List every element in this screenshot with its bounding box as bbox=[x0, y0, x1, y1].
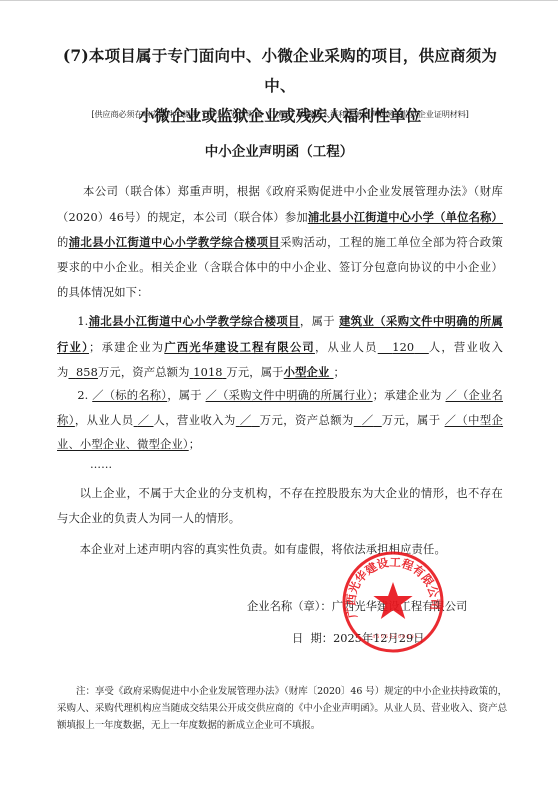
label-text: ，从业人员 bbox=[75, 414, 134, 427]
item1-assets: 1018 bbox=[190, 366, 227, 379]
label-text: ，从业人员 bbox=[315, 341, 378, 354]
date-value: 2025年12月29日 bbox=[333, 632, 424, 645]
label-text: 人，营业收入为 bbox=[154, 414, 236, 427]
footnote: 注：享受《政府采购促进中小企业发展管理办法》（财库〔2020〕46 号）规定的中… bbox=[57, 683, 507, 734]
page-top-border bbox=[0, 0, 558, 1]
label-text: 万元，属于 bbox=[226, 366, 283, 379]
staff-value: 120 bbox=[392, 341, 414, 354]
item2-revenue: ／ bbox=[236, 414, 260, 427]
assets-value: ／ bbox=[362, 414, 374, 427]
requirement-note: [供应商必须在响应文件中提供《中小企业声明函（工程）》或残疾人福利性单位声明函或… bbox=[40, 108, 520, 120]
responsibility-statement: 本企业对上述声明内容的真实性负责。如有虚假，将依法承担相应责任。 bbox=[57, 538, 503, 563]
item2-staff: ／ bbox=[134, 414, 154, 427]
label-text: ；承建企业为 bbox=[89, 341, 164, 354]
revenue-value: ／ bbox=[240, 414, 252, 427]
intro-text: 的 bbox=[57, 236, 69, 249]
label-text: ；承建企业为 bbox=[373, 389, 442, 402]
label-text: 万元，资产总额为 bbox=[98, 366, 190, 379]
heading-line-1: (7)本项目属于专门面向中、小微企业采购的项目，供应商须为中、 bbox=[60, 41, 500, 101]
label-text: ，属于 bbox=[167, 389, 202, 402]
item1-size-type: 小型企业 bbox=[284, 365, 334, 379]
company-label: 企业名称（章）： bbox=[247, 600, 332, 613]
label-text: ，属于 bbox=[300, 315, 335, 328]
footnote-text: 注：享受《政府采购促进中小企业发展管理办法》（财库〔2020〕46 号）规定的中… bbox=[57, 686, 507, 731]
size-type-value: 小型企业 bbox=[284, 365, 330, 379]
document-title: 中小企业声明函（工程） bbox=[0, 143, 558, 161]
staff-value: ／ bbox=[138, 414, 150, 427]
enterprise-item-1: 1.浦北县小江街道中心小学教学综合楼项目，属于 建筑业（采购文件中明确的所属行业… bbox=[57, 309, 503, 386]
item2-industry: ／（采购文件中明确的所属行业） bbox=[206, 389, 373, 402]
punctuation: ； bbox=[189, 438, 200, 451]
assets-value: 1018 bbox=[193, 366, 222, 379]
label-text: 万元，属于 bbox=[382, 414, 441, 427]
item1-revenue: 858 bbox=[68, 366, 98, 379]
date-label: 日 期： bbox=[292, 632, 333, 645]
signature-date: 日 期：2025年12月29日 bbox=[292, 630, 424, 648]
item-number: 1. bbox=[77, 315, 88, 328]
project-name: 浦北县小江街道中心小学教学综合楼项目 bbox=[69, 235, 280, 249]
ellipsis: …… bbox=[90, 455, 536, 475]
signature-company: 企业名称（章）：广西光华建设工程有限公司 bbox=[247, 598, 467, 616]
punctuation: ； bbox=[334, 366, 345, 379]
item1-company: 广西光华建设工程有限公司 bbox=[164, 340, 315, 354]
company-name: 广西光华建设工程有限公司 bbox=[332, 600, 468, 613]
revenue-value: 858 bbox=[76, 366, 98, 379]
item1-staff: 120 bbox=[378, 341, 429, 354]
purchaser-name: 浦北县小江街道中心小学（单位名称） bbox=[308, 210, 503, 224]
label-text: 万元，资产总额为 bbox=[260, 414, 354, 427]
independence-statement: 以上企业，不属于大企业的分支机构，不存在控股股东为大企业的情形，也不存在与大企业… bbox=[57, 482, 503, 531]
enterprise-item-2: 2. ／（标的名称），属于 ／（采购文件中明确的所属行业）；承建企业为 ／（企业… bbox=[57, 384, 503, 458]
item2-target: ／（标的名称） bbox=[92, 389, 167, 402]
intro-paragraph: 本公司（联合体）郑重声明，根据《政府采购促进中小企业发展管理办法》（财库（202… bbox=[57, 180, 503, 306]
item2-assets: ／ bbox=[354, 414, 382, 427]
item1-project: 浦北县小江街道中心小学教学综合楼项目 bbox=[88, 314, 299, 328]
item-number: 2. bbox=[77, 389, 88, 402]
